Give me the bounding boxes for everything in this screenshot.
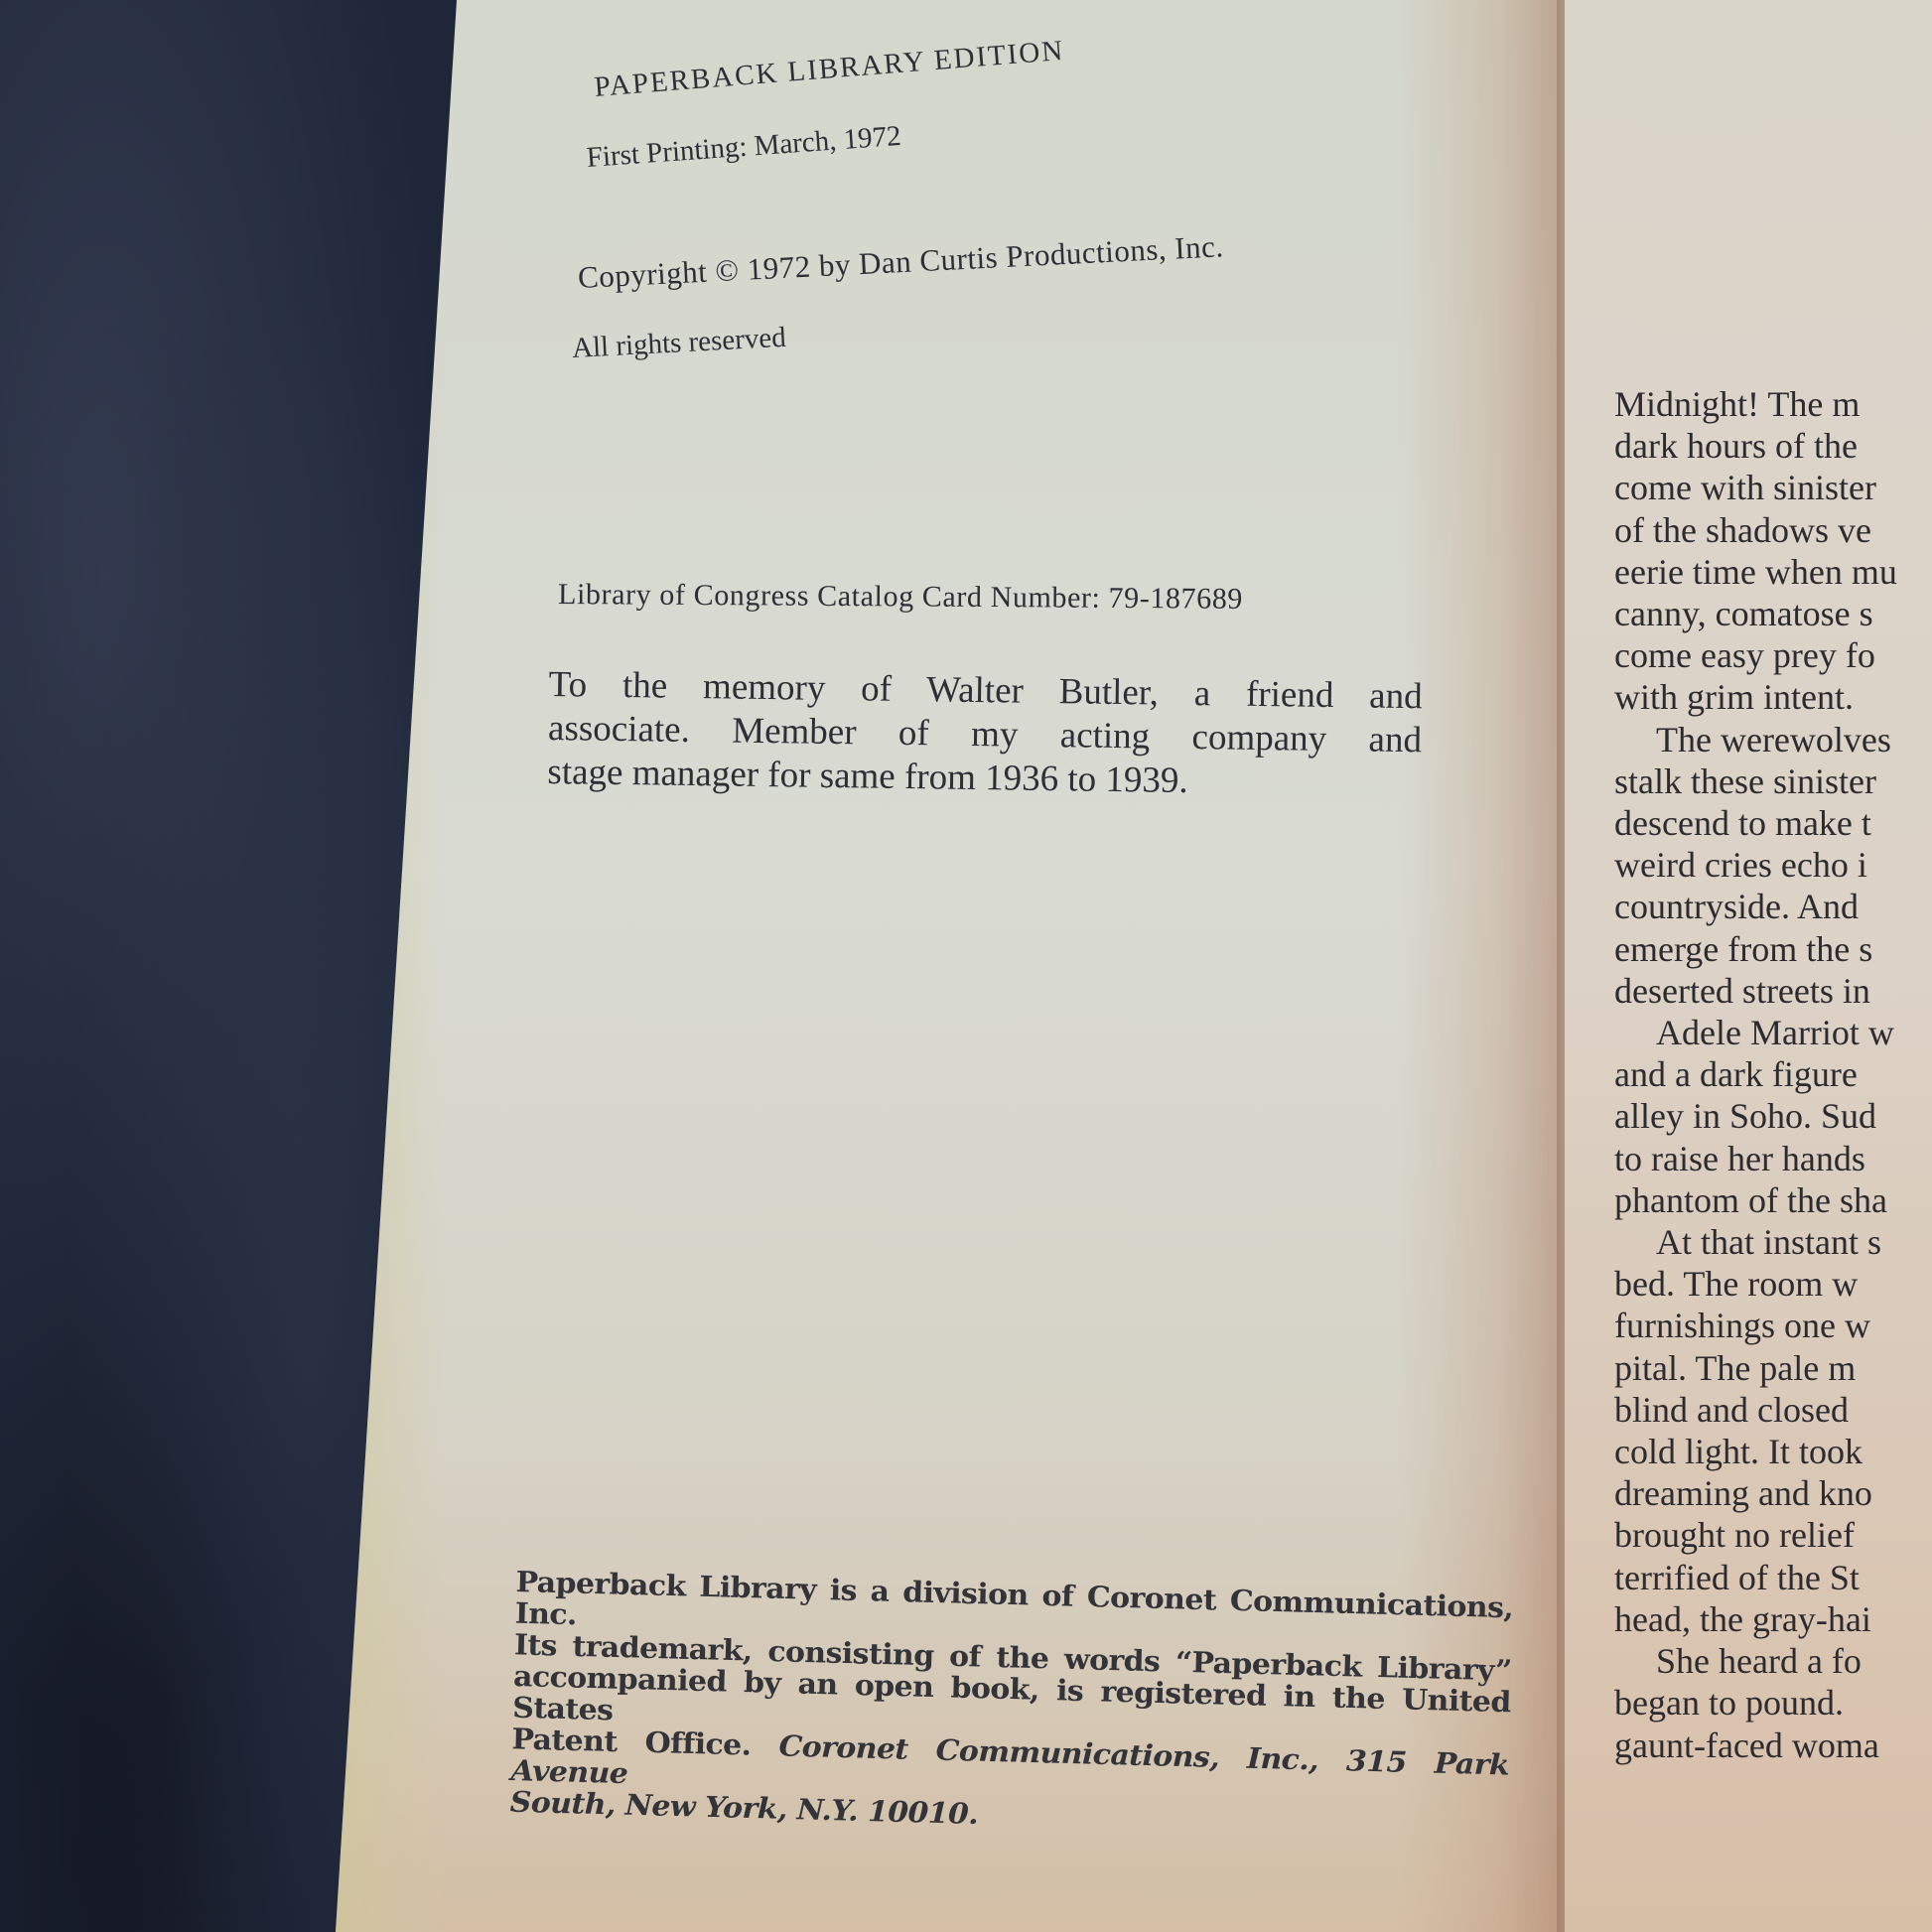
story-line: She heard a fo (1614, 1640, 1932, 1682)
publisher-notice: Paperback Library is a division of Coron… (509, 1567, 1513, 1845)
story-line: furnishings one w (1614, 1305, 1932, 1346)
story-line: At that instant s (1614, 1221, 1932, 1263)
story-line: of the shadows ve (1614, 509, 1932, 551)
story-line: pital. The pale m (1614, 1347, 1932, 1389)
story-line: gaunt-faced woma (1614, 1725, 1932, 1766)
story-line: come easy prey fo (1614, 634, 1932, 676)
story-line: eerie time when mu (1614, 551, 1932, 593)
dedication: To the memory of Walter Butler, a friend… (547, 663, 1423, 806)
story-line: phantom of the sha (1614, 1179, 1932, 1221)
story-line: emerge from the s (1614, 928, 1932, 970)
story-line: The werewolves (1614, 719, 1932, 760)
story-line: Midnight! The m (1614, 383, 1932, 425)
story-line: descend to make t (1614, 802, 1932, 844)
story-line: come with sinister (1614, 467, 1932, 508)
story-line: blind and closed (1614, 1389, 1932, 1431)
story-line: brought no relief (1614, 1514, 1932, 1556)
story-line: canny, comatose s (1614, 593, 1932, 634)
story-line: alley in Soho. Sud (1614, 1095, 1932, 1137)
story-line: dark hours of the (1614, 425, 1932, 467)
story-line: stalk these sinister (1614, 760, 1932, 802)
story-line: to raise her hands (1614, 1138, 1932, 1179)
story-text: Midnight! The m dark hours of the come w… (1614, 383, 1932, 1766)
story-line: with grim intent. (1614, 676, 1932, 718)
story-line: and a dark figure (1614, 1053, 1932, 1095)
story-line: weird cries echo i (1614, 844, 1932, 886)
story-line: countryside. And (1614, 886, 1932, 927)
loc-catalog-number: Library of Congress Catalog Card Number:… (558, 578, 1243, 617)
story-line: dreaming and kno (1614, 1472, 1932, 1514)
story-line: Adele Marriot w (1614, 1012, 1932, 1053)
story-line: terrified of the St (1614, 1557, 1932, 1598)
story-line: cold light. It took (1614, 1431, 1932, 1472)
story-line: head, the gray-hai (1614, 1598, 1932, 1640)
story-line: deserted streets in (1614, 970, 1932, 1012)
story-line: began to pound. (1614, 1682, 1932, 1724)
story-line: bed. The room w (1614, 1263, 1932, 1305)
